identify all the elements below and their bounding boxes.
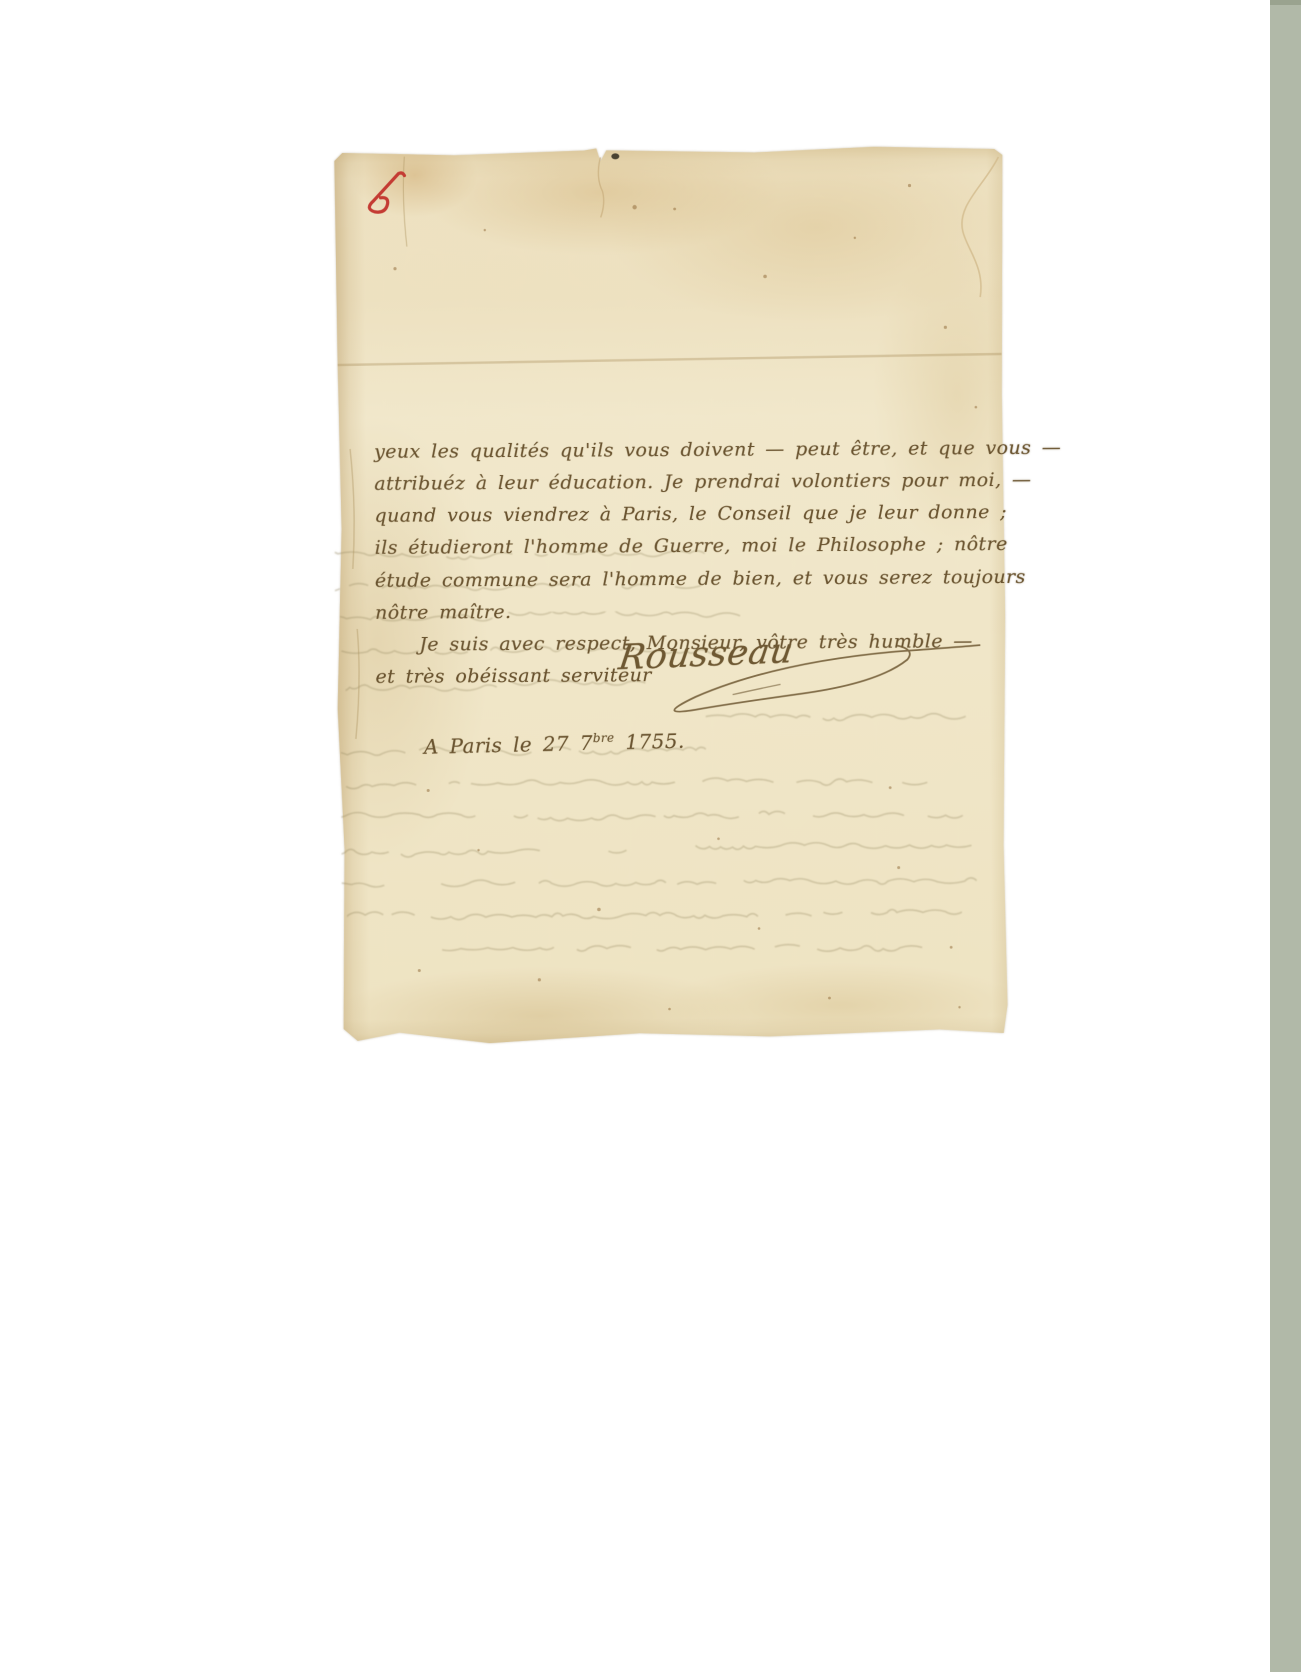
- bleedthrough-line: [706, 708, 966, 726]
- right-edge-green-stripe: [1270, 0, 1301, 1672]
- letter-line: yeux les qualités qu'ils vous doivent — …: [374, 437, 1061, 463]
- letter-closing-line: et très obéissant serviteur: [375, 664, 651, 688]
- letter-line: nôtre maître.: [375, 601, 511, 624]
- bleedthrough-line: [341, 774, 971, 794]
- dateline-superscript: bre: [593, 731, 615, 746]
- letter-line: attribuéz à leur éducation. Je prendrai …: [374, 469, 1031, 495]
- letter-line: quand vous viendrez à Paris, le Conseil …: [374, 501, 1007, 527]
- manuscript-letter-scan: yeux les qualités qu'ils vous doivent — …: [334, 145, 1007, 1044]
- bleedthrough-line: [347, 906, 962, 926]
- bleedthrough-line: [341, 807, 981, 827]
- red-collector-mark: [360, 169, 412, 215]
- letter-line: ils étudieront l'homme de Guerre, moi le…: [375, 533, 1008, 559]
- signature-rousseau: Rousseau: [616, 631, 796, 678]
- letter-line: étude commune sera l'homme de bien, et v…: [375, 566, 1026, 592]
- bleedthrough-line: [342, 840, 972, 860]
- bleedthrough-line: [342, 873, 977, 893]
- dateline-suffix: 1755.: [614, 729, 685, 755]
- right-edge-green-stripe-cap: [1270, 0, 1301, 5]
- screenshot-canvas: yeux les qualités qu'ils vous doivent — …: [0, 0, 1301, 1672]
- bleedthrough-line: [442, 939, 922, 958]
- bleedthrough-verso-text: [334, 145, 1007, 1044]
- dateline-prefix: A Paris le 27 7: [424, 731, 594, 759]
